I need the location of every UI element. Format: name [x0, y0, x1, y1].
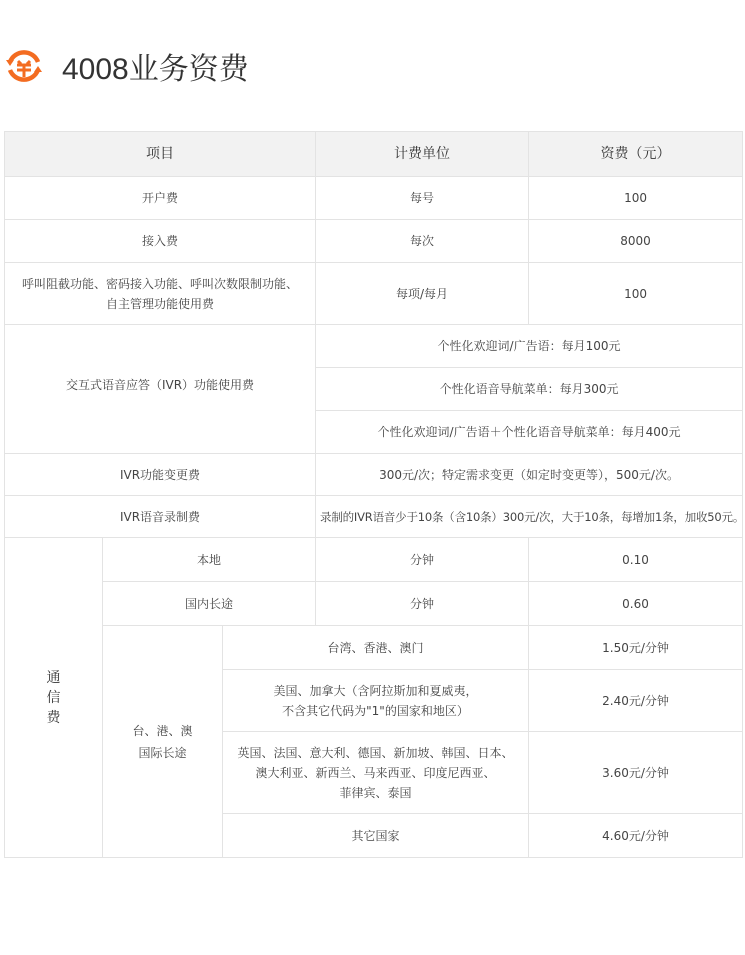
table-row: 台、港、澳 国际长途 台湾、香港、澳门 1.50元/分钟	[5, 626, 743, 670]
price-cell: 2.40元/分钟	[529, 670, 743, 732]
comm-fee-label: 通 信 费	[5, 538, 103, 858]
item-cell: 开户费	[5, 177, 316, 220]
item-cell: 本地	[103, 538, 316, 582]
unit-cell: 每号	[316, 177, 529, 220]
item-cell: 交互式语音应答（IVR）功能使用费	[5, 325, 316, 454]
unit-cell: 每项/每月	[316, 263, 529, 325]
unit-cell: 分钟	[316, 538, 529, 582]
page-header: 4008业务资费	[4, 44, 249, 88]
price-cell: 4.60元/分钟	[529, 814, 743, 858]
page-title: 4008业务资费	[62, 44, 249, 88]
table-header-row: 项目 计费单位 资费（元）	[5, 132, 743, 177]
price-cell: 3.60元/分钟	[529, 732, 743, 814]
ivr-option-cell: 个性化欢迎词/广告语＋个性化语音导航菜单：每月400元	[316, 411, 743, 454]
column-header-price: 资费（元）	[529, 132, 743, 177]
item-cell: 接入费	[5, 220, 316, 263]
price-cell: 8000	[529, 220, 743, 263]
table-row: 通 信 费 本地 分钟 0.10	[5, 538, 743, 582]
table-row: 接入费 每次 8000	[5, 220, 743, 263]
price-cell: 1.50元/分钟	[529, 626, 743, 670]
table-row: 交互式语音应答（IVR）功能使用费 个性化欢迎词/广告语：每月100元	[5, 325, 743, 368]
unit-cell: 分钟	[316, 582, 529, 626]
item-cell: 呼叫阻截功能、密码接入功能、呼叫次数限制功能、 自主管理功能使用费	[5, 263, 316, 325]
price-cell: 0.10	[529, 538, 743, 582]
table-row: IVR功能变更费 300元/次；特定需求变更（如定时变更等），500元/次。	[5, 454, 743, 496]
item-cell: IVR功能变更费	[5, 454, 316, 496]
price-cell: 0.60	[529, 582, 743, 626]
unit-cell: 每次	[316, 220, 529, 263]
detail-cell: 录制的IVR语音少于10条（含10条）300元/次，大于10条，每增加1条，加收…	[316, 496, 743, 538]
table-row: 国内长途 分钟 0.60	[5, 582, 743, 626]
table-row: 开户费 每号 100	[5, 177, 743, 220]
region-cell: 台湾、香港、澳门	[223, 626, 529, 670]
intl-label: 台、港、澳 国际长途	[103, 626, 223, 858]
ivr-option-cell: 个性化欢迎词/广告语：每月100元	[316, 325, 743, 368]
region-cell: 美国、加拿大（含阿拉斯加和夏威夷， 不含其它代码为"1"的国家和地区）	[223, 670, 529, 732]
fee-table: 项目 计费单位 资费（元） 开户费 每号 100 接入费 每次 8000 呼叫阻…	[4, 131, 743, 858]
region-cell: 其它国家	[223, 814, 529, 858]
detail-cell: 300元/次；特定需求变更（如定时变更等），500元/次。	[316, 454, 743, 496]
region-cell: 英国、法国、意大利、德国、新加坡、韩国、日本、 澳大利亚、新西兰、马来西亚、印度…	[223, 732, 529, 814]
table-row: IVR语音录制费 录制的IVR语音少于10条（含10条）300元/次，大于10条…	[5, 496, 743, 538]
price-cell: 100	[529, 263, 743, 325]
item-cell: 国内长途	[103, 582, 316, 626]
column-header-unit: 计费单位	[316, 132, 529, 177]
item-cell: IVR语音录制费	[5, 496, 316, 538]
ivr-option-cell: 个性化语音导航菜单：每月300元	[316, 368, 743, 411]
price-cell: 100	[529, 177, 743, 220]
table-row: 呼叫阻截功能、密码接入功能、呼叫次数限制功能、 自主管理功能使用费 每项/每月 …	[5, 263, 743, 325]
yuan-exchange-icon	[4, 46, 44, 86]
column-header-item: 项目	[5, 132, 316, 177]
